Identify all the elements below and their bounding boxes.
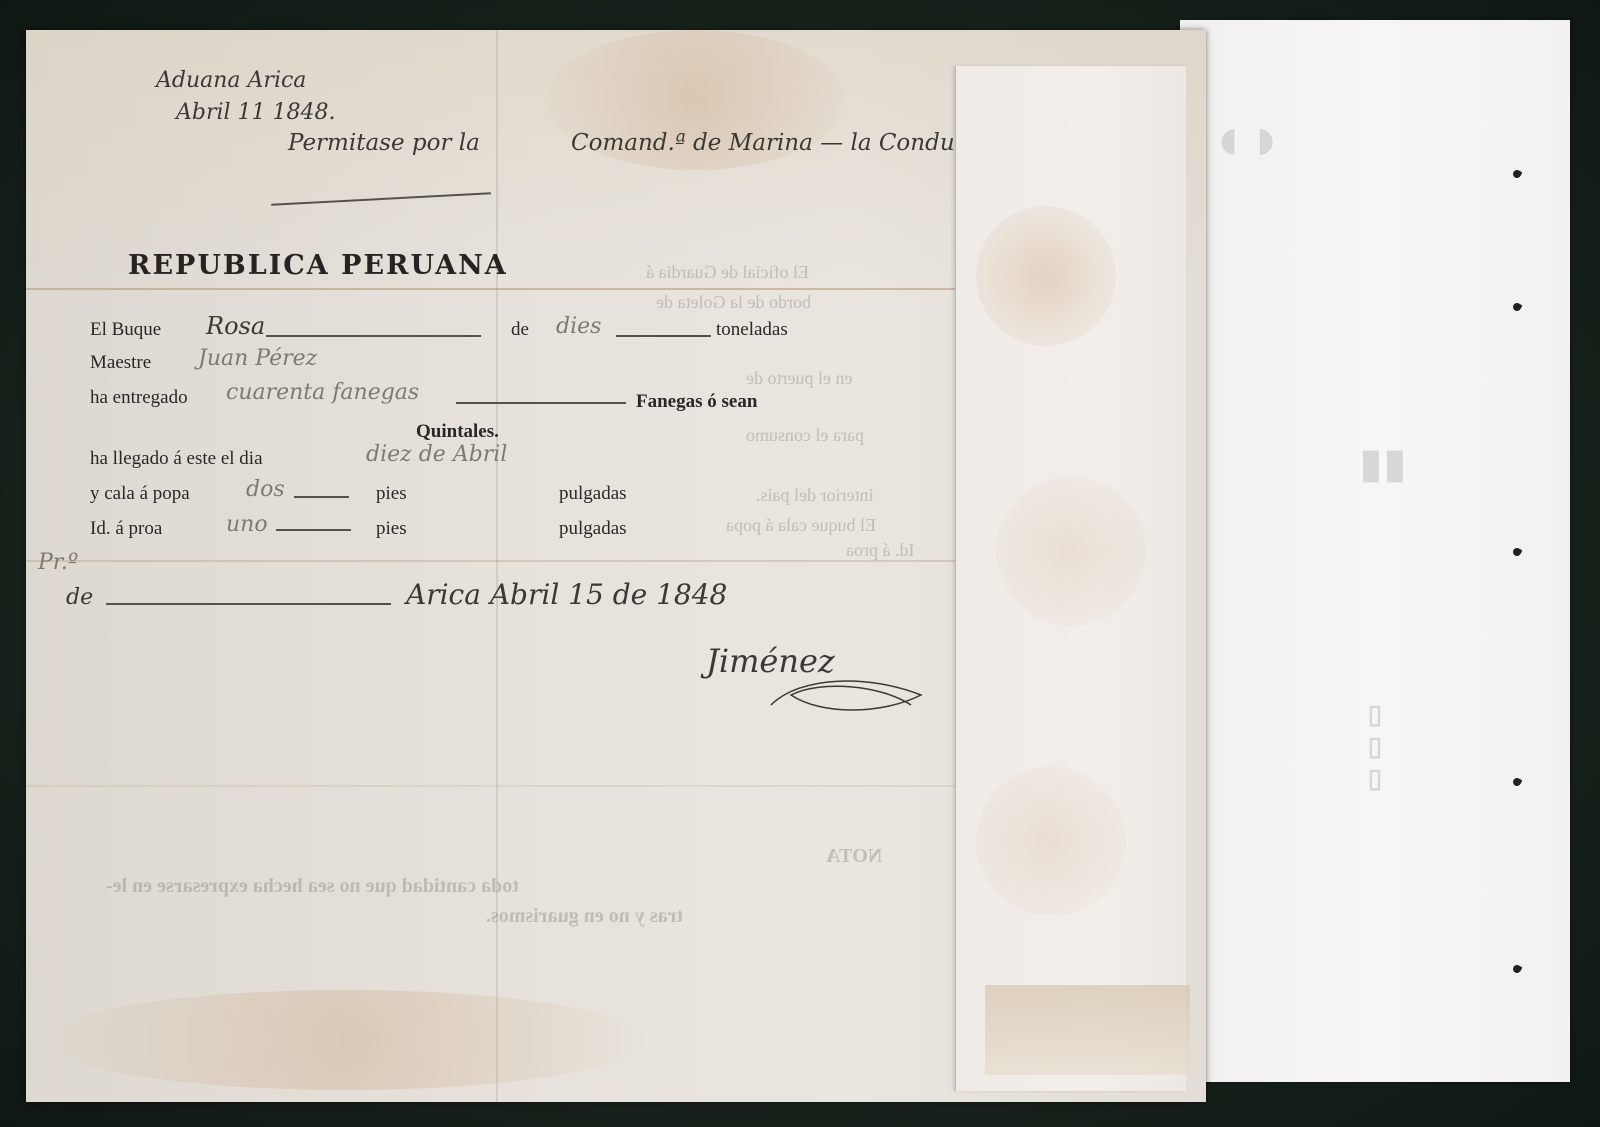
signature-flourish: [761, 665, 931, 715]
embossed-mark: ▯▯▯: [1360, 700, 1390, 796]
bleed-through-text: tras y no en guarismos.: [486, 905, 683, 928]
fold-crease: [26, 560, 956, 562]
permit-note-continued: Comand.ª de Marina — la Conduct.ª: [571, 130, 995, 156]
fold-crease: [26, 785, 956, 787]
bleed-through-text: El oficial de Guardia á: [646, 262, 809, 283]
fill-line: [456, 402, 626, 404]
field-label-inches: pulgadas: [559, 518, 627, 540]
flourish-line: [271, 192, 491, 205]
field-label-master: Maestre: [90, 352, 151, 374]
wax-seal-stain: [976, 766, 1126, 916]
permit-note: Permitase por la: [288, 130, 480, 156]
pin-hole: [1512, 777, 1523, 788]
field-value-stern-draft: dos: [246, 477, 285, 502]
place-date-prefix: de: [66, 585, 93, 610]
field-label-inches: pulgadas: [559, 483, 627, 505]
wax-seal-stain: [996, 476, 1146, 626]
embossed-mark: ▮▮: [1360, 440, 1408, 487]
customs-office-note: Aduana Arica: [156, 68, 306, 93]
field-label-arrival-day: ha llegado á este el dia: [90, 448, 263, 470]
fill-line: [266, 335, 481, 337]
pin-hole: [1512, 547, 1523, 558]
tape-strip: [985, 985, 1190, 1075]
pin-hole: [1512, 169, 1523, 180]
pin-hole: [1512, 302, 1523, 313]
wax-seal-stain: [976, 206, 1116, 346]
field-label-feet: pies: [376, 483, 407, 505]
field-value-vessel: Rosa: [206, 312, 265, 340]
field-label-stern-draft: y cala á popa: [90, 483, 190, 505]
field-value-bow-draft: uno: [226, 512, 268, 537]
bleed-through-text: El buque cala á popa: [726, 515, 876, 536]
field-value-master: Juan Pérez: [198, 346, 317, 371]
bleed-through-text: en el puerto de: [746, 368, 852, 389]
fill-line: [616, 335, 711, 337]
bleed-through-heading: NOTA: [826, 845, 882, 868]
fold-crease: [26, 288, 956, 290]
field-value-arrival-day: diez de Abril: [366, 442, 507, 467]
fold-crease: [496, 30, 498, 1102]
bleed-through-text: bordo de la Goleta de: [656, 292, 811, 313]
field-label-vessel: El Buque: [90, 319, 161, 341]
bleed-through-text: Id. á proa: [846, 540, 914, 561]
document-title: REPUBLICA PERUANA: [128, 250, 508, 281]
folded-paper-strip: [955, 66, 1186, 1091]
bleed-through-text: interior del pais.: [756, 485, 873, 506]
right-paper-flap: ◖◗ ▮▮ ▯▯▯: [1180, 20, 1570, 1082]
field-label-fanegas: Fanegas ó sean: [636, 391, 757, 413]
embossed-seal-mark: ◖◗: [1210, 105, 1286, 174]
field-label-delivered: ha entregado: [90, 387, 188, 409]
field-label-quintales: Quintales.: [416, 421, 499, 443]
bleed-through-text: toda cantidad que no sea hecha expresars…: [106, 875, 519, 898]
header-date-note: Abril 11 1848.: [176, 100, 336, 125]
field-value-delivered: cuarenta fanegas: [226, 380, 419, 405]
stain: [46, 990, 646, 1090]
pin-hole: [1512, 964, 1523, 975]
bleed-through-text: para el consumo: [746, 425, 864, 446]
fill-line: [106, 603, 391, 605]
field-label-feet: pies: [376, 518, 407, 540]
margin-note: Pr.º: [38, 550, 78, 575]
field-label-bow-draft: Id. á proa: [90, 518, 162, 540]
place-date: Arica Abril 15 de 1848: [406, 578, 727, 611]
fill-line: [294, 496, 349, 498]
fill-line: [276, 529, 351, 531]
field-label-tons: toneladas: [716, 319, 788, 341]
field-label-of: de: [511, 319, 529, 341]
field-value-tonnage: dies: [556, 314, 601, 339]
